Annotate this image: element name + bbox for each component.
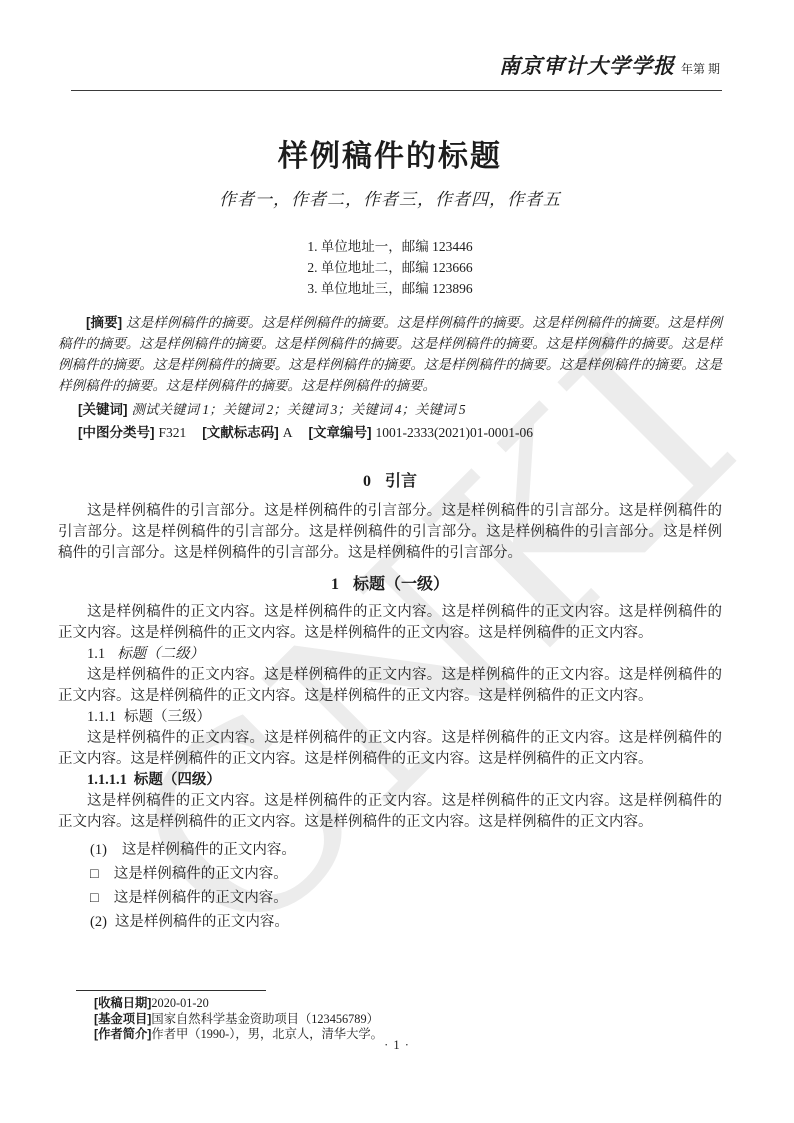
abstract-text: 这是样例稿件的摘要。这是样例稿件的摘要。这是样例稿件的摘要。这是样例稿件的摘要。… (58, 315, 722, 393)
abstract-label: [摘要] (86, 315, 122, 330)
affiliations-block: 1. 单位地址一，邮编 123446 2. 单位地址二，邮编 123666 3.… (58, 236, 722, 299)
clc-value: F321 (159, 425, 187, 440)
section-title: 标题（二级） (117, 646, 204, 662)
body-paragraph-2: 这是样例稿件的正文内容。这是样例稿件的正文内容。这是样例稿件的正文内容。这是样例… (58, 665, 722, 707)
section-title: 标题（三级） (124, 709, 211, 725)
section-title: 引言 (385, 473, 417, 490)
section-heading-intro: 0引言 (58, 470, 722, 494)
list-item-marker: □ (90, 862, 99, 886)
keywords-text: 测试关键词 1；关键词 2；关键词 3；关键词 4；关键词 5 (132, 402, 466, 417)
doc-code-label: [文献标志码] (202, 425, 279, 440)
footnote-received-date: [收稿日期]2020-01-20 (76, 996, 536, 1012)
section-title: 标题（四级） (134, 772, 221, 788)
section-heading-1-1-1-1: 1.1.1.1标题（四级） (58, 770, 722, 791)
footnote-text: 国家自然科学基金资助项目（123456789） (151, 1012, 379, 1026)
body-paragraph-1: 这是样例稿件的正文内容。这是样例稿件的正文内容。这是样例稿件的正文内容。这是样例… (58, 602, 722, 644)
intro-paragraph: 这是样例稿件的引言部分。这是样例稿件的引言部分。这是样例稿件的引言部分。这是样例… (58, 501, 722, 564)
journal-header: 南京审计大学学报年第 期 (58, 52, 722, 83)
list-item-marker: (1) (90, 838, 107, 862)
footnote-label: [收稿日期] (94, 996, 151, 1010)
doc-code-value: A (283, 425, 293, 440)
section-number: 1.1.1 (87, 709, 116, 725)
section-title: 标题（一级） (353, 576, 449, 593)
section-heading-1-1-1: 1.1.1标题（三级） (58, 707, 722, 728)
section-number: 1.1.1.1 (87, 772, 127, 788)
body-paragraph-3: 这是样例稿件的正文内容。这是样例稿件的正文内容。这是样例稿件的正文内容。这是样例… (58, 728, 722, 770)
footnote-rule (76, 990, 266, 991)
section-heading-1: 1标题（一级） (58, 573, 722, 597)
keywords-line: [关键词]测试关键词 1；关键词 2；关键词 3；关键词 4；关键词 5 (58, 399, 722, 420)
affiliation-line: 1. 单位地址一，邮编 123446 (58, 236, 722, 257)
clc-line: [中图分类号]F321[文献标志码]A[文章编号]1001-2333(2021)… (58, 422, 722, 443)
list-item: (2)这是样例稿件的正文内容。 (58, 910, 722, 934)
section-number: 0 (363, 473, 371, 490)
list-item: (1)这是样例稿件的正文内容。 (58, 838, 722, 862)
list-item-text: 这是样例稿件的正文内容。 (115, 914, 289, 930)
list-item-marker: (2) (90, 910, 107, 934)
affiliation-line: 3. 单位地址三，邮编 123896 (58, 278, 722, 299)
article-id-value: 1001-2333(2021)01-0001-06 (376, 425, 533, 440)
authors-line: 作者一，作者二，作者三，作者四，作者五 (58, 188, 722, 212)
article-id-label: [文章编号] (309, 425, 372, 440)
page-number: · 1 · (0, 1038, 794, 1053)
list-item-text: 这是样例稿件的正文内容。 (114, 866, 288, 882)
article-content: 南京审计大学学报年第 期 样例稿件的标题 作者一，作者二，作者三，作者四，作者五… (58, 0, 722, 934)
section-heading-1-1: 1.1标题（二级） (58, 644, 722, 665)
keywords-label: [关键词] (78, 402, 128, 417)
body-paragraph-4: 这是样例稿件的正文内容。这是样例稿件的正文内容。这是样例稿件的正文内容。这是样例… (58, 791, 722, 833)
list-item: □这是样例稿件的正文内容。 (58, 886, 722, 910)
footnote-label: [基金项目] (94, 1012, 151, 1026)
article-title: 样例稿件的标题 (58, 137, 722, 177)
footnote-funding: [基金项目]国家自然科学基金资助项目（123456789） (76, 1012, 536, 1028)
list-item: □这是样例稿件的正文内容。 (58, 862, 722, 886)
list-item-text: 这是样例稿件的正文内容。 (114, 890, 288, 906)
footnote-block: [收稿日期]2020-01-20 [基金项目]国家自然科学基金资助项目（1234… (76, 990, 536, 1043)
numbered-list: (1)这是样例稿件的正文内容。 □这是样例稿件的正文内容。 □这是样例稿件的正文… (58, 838, 722, 934)
paper-page: CNKI 南京审计大学学报年第 期 样例稿件的标题 作者一，作者二，作者三，作者… (0, 0, 794, 1123)
section-number: 1.1 (87, 646, 105, 662)
footnote-text: 2020-01-20 (151, 996, 208, 1010)
section-number: 1 (331, 576, 339, 593)
abstract-paragraph: [摘要]这是样例稿件的摘要。这是样例稿件的摘要。这是样例稿件的摘要。这是样例稿件… (58, 312, 722, 396)
list-item-marker: □ (90, 886, 99, 910)
journal-name: 南京审计大学学报 (499, 54, 675, 78)
clc-label: [中图分类号] (78, 425, 155, 440)
header-rule (71, 90, 722, 91)
list-item-text: 这是样例稿件的正文内容。 (122, 842, 296, 858)
affiliation-line: 2. 单位地址二，邮编 123666 (58, 257, 722, 278)
journal-issue-text: 年第 期 (681, 62, 720, 76)
